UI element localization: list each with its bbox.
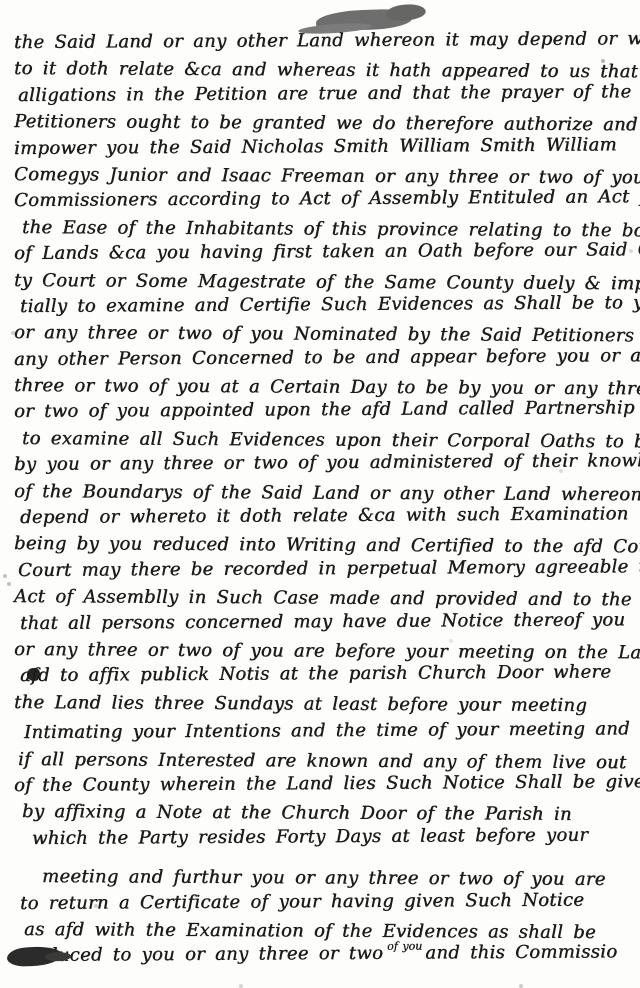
manuscript-line: the Said Land or any other Land whereon …	[14, 26, 630, 56]
manuscript-line: that all persons concerned may have due …	[20, 607, 630, 637]
manuscript-line: tially to examine and Certifie Such Evid…	[20, 290, 630, 320]
manuscript-text: the Said Land or any other Land whereon …	[0, 0, 640, 970]
manuscript-line-text: and this Commissio	[425, 942, 617, 964]
interlinear-insertion: of you	[387, 934, 422, 961]
manuscript-line: of the County wherein the Land lies Such…	[14, 769, 630, 799]
manuscript-line: afd to affix publick Notis at the parish…	[20, 660, 630, 690]
manuscript-line: Court may there be recorded in perpetual…	[18, 554, 630, 584]
manuscript-line: alligations in the Petition are true and…	[18, 79, 630, 109]
manuscript-line: to return a Certificate of your having g…	[20, 887, 630, 917]
manuscript-line: impower you the Said Nicholas Smith Will…	[14, 132, 630, 162]
manuscript-line: Intimating your Intentions and the time …	[24, 716, 630, 746]
manuscript-line: which the Party resides Forty Days at le…	[32, 822, 630, 852]
manuscript-line: by you or any three or two of you admini…	[14, 448, 630, 478]
manuscript-line: depend or whereto it doth relate &ca wit…	[20, 501, 630, 531]
manuscript-page: the Said Land or any other Land whereon …	[0, 0, 640, 988]
manuscript-line: any other Person Concerned to be and app…	[14, 343, 630, 373]
manuscript-line: or two of you appointed upon the afd Lan…	[14, 396, 630, 426]
manuscript-line: the Land lies three Sundays at least bef…	[14, 690, 630, 720]
manuscript-line: of Lands &ca you having first taken an O…	[14, 237, 630, 267]
manuscript-line-last: produced to you or any three or twoof yo…	[14, 940, 630, 970]
manuscript-line: Commissioners according to Act of Assemb…	[14, 185, 630, 215]
